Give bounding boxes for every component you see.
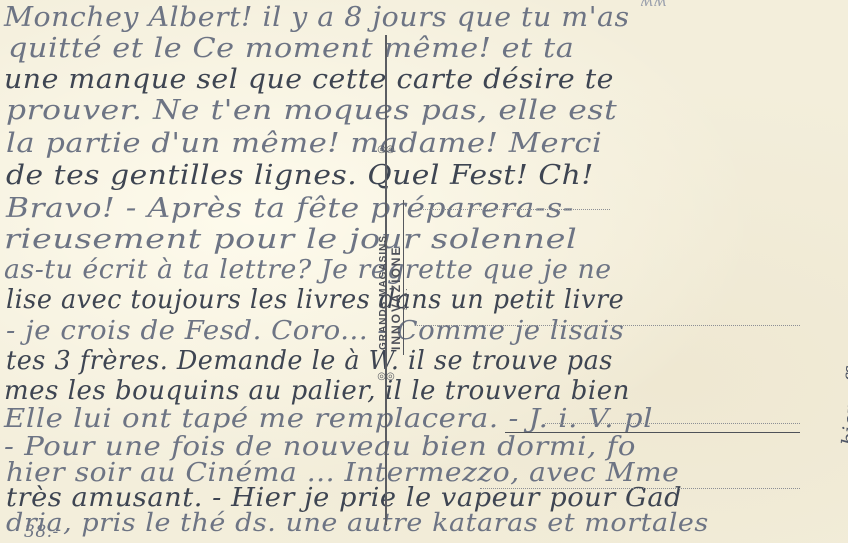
scroll-ornament-icon: ◎◎ [376,372,396,382]
handwritten-line: la partie d'un même! madame! Merci [6,128,602,159]
address-line-3 [545,423,800,424]
handwritten-line: Elle lui ont tapé me remplacera. - J. i.… [4,404,653,434]
handwritten-line: de tes gentilles lignes. Quel Fest! Ch! [6,160,594,191]
address-line-underline [505,432,800,433]
handwritten-line: tes 3 frères. Demande le à W. il se trou… [6,346,613,376]
imprint-line-3: S. A. [403,235,409,310]
handwritten-line: as-tu écrit à ta lettre? Je regrette que… [4,255,612,285]
handwritten-line: mes les bouquins au palier, il le trouve… [4,376,630,406]
handwritten-line: prouver. Ne t'en moques pas, elle est [6,95,617,126]
corner-note: 38.- [24,522,59,542]
handwritten-line: - je crois de Fesd. Coro... - Comme je l… [6,316,624,346]
address-line-2 [415,325,800,326]
margin-vertical-text: ... bien affectueusement à toi et la fam… [835,49,848,472]
imprint-line-1: GRANDS MAGASINS [378,235,389,350]
address-line-4 [480,488,800,489]
handwritten-line: rieusement pour le jour solennel [4,224,577,255]
handwritten-line: quitté et le Ce moment même! et ta [8,33,574,64]
handwritten-line: Monchey Albert! il y a 8 jours que tu m'… [4,2,630,33]
handwritten-line: lise avec toujours les livres dans un pe… [6,285,624,315]
imprint-line-2: INNOVAZIONE [389,235,403,350]
postcard-back: ... ww Monchey Albert! il y a 8 jours qu… [0,0,848,543]
inverted-top-text: ... ww [640,0,688,12]
handwritten-line: dria, pris le thé ds. une autre kataras … [6,508,709,537]
scroll-ornament-icon: ◎◎ [376,145,396,155]
address-line-1 [415,209,610,210]
publisher-imprint: GRANDS MAGASINS INNOVAZIONE S. A. [378,235,409,350]
handwritten-line: une manque sel que cette carte désire te [4,64,614,95]
